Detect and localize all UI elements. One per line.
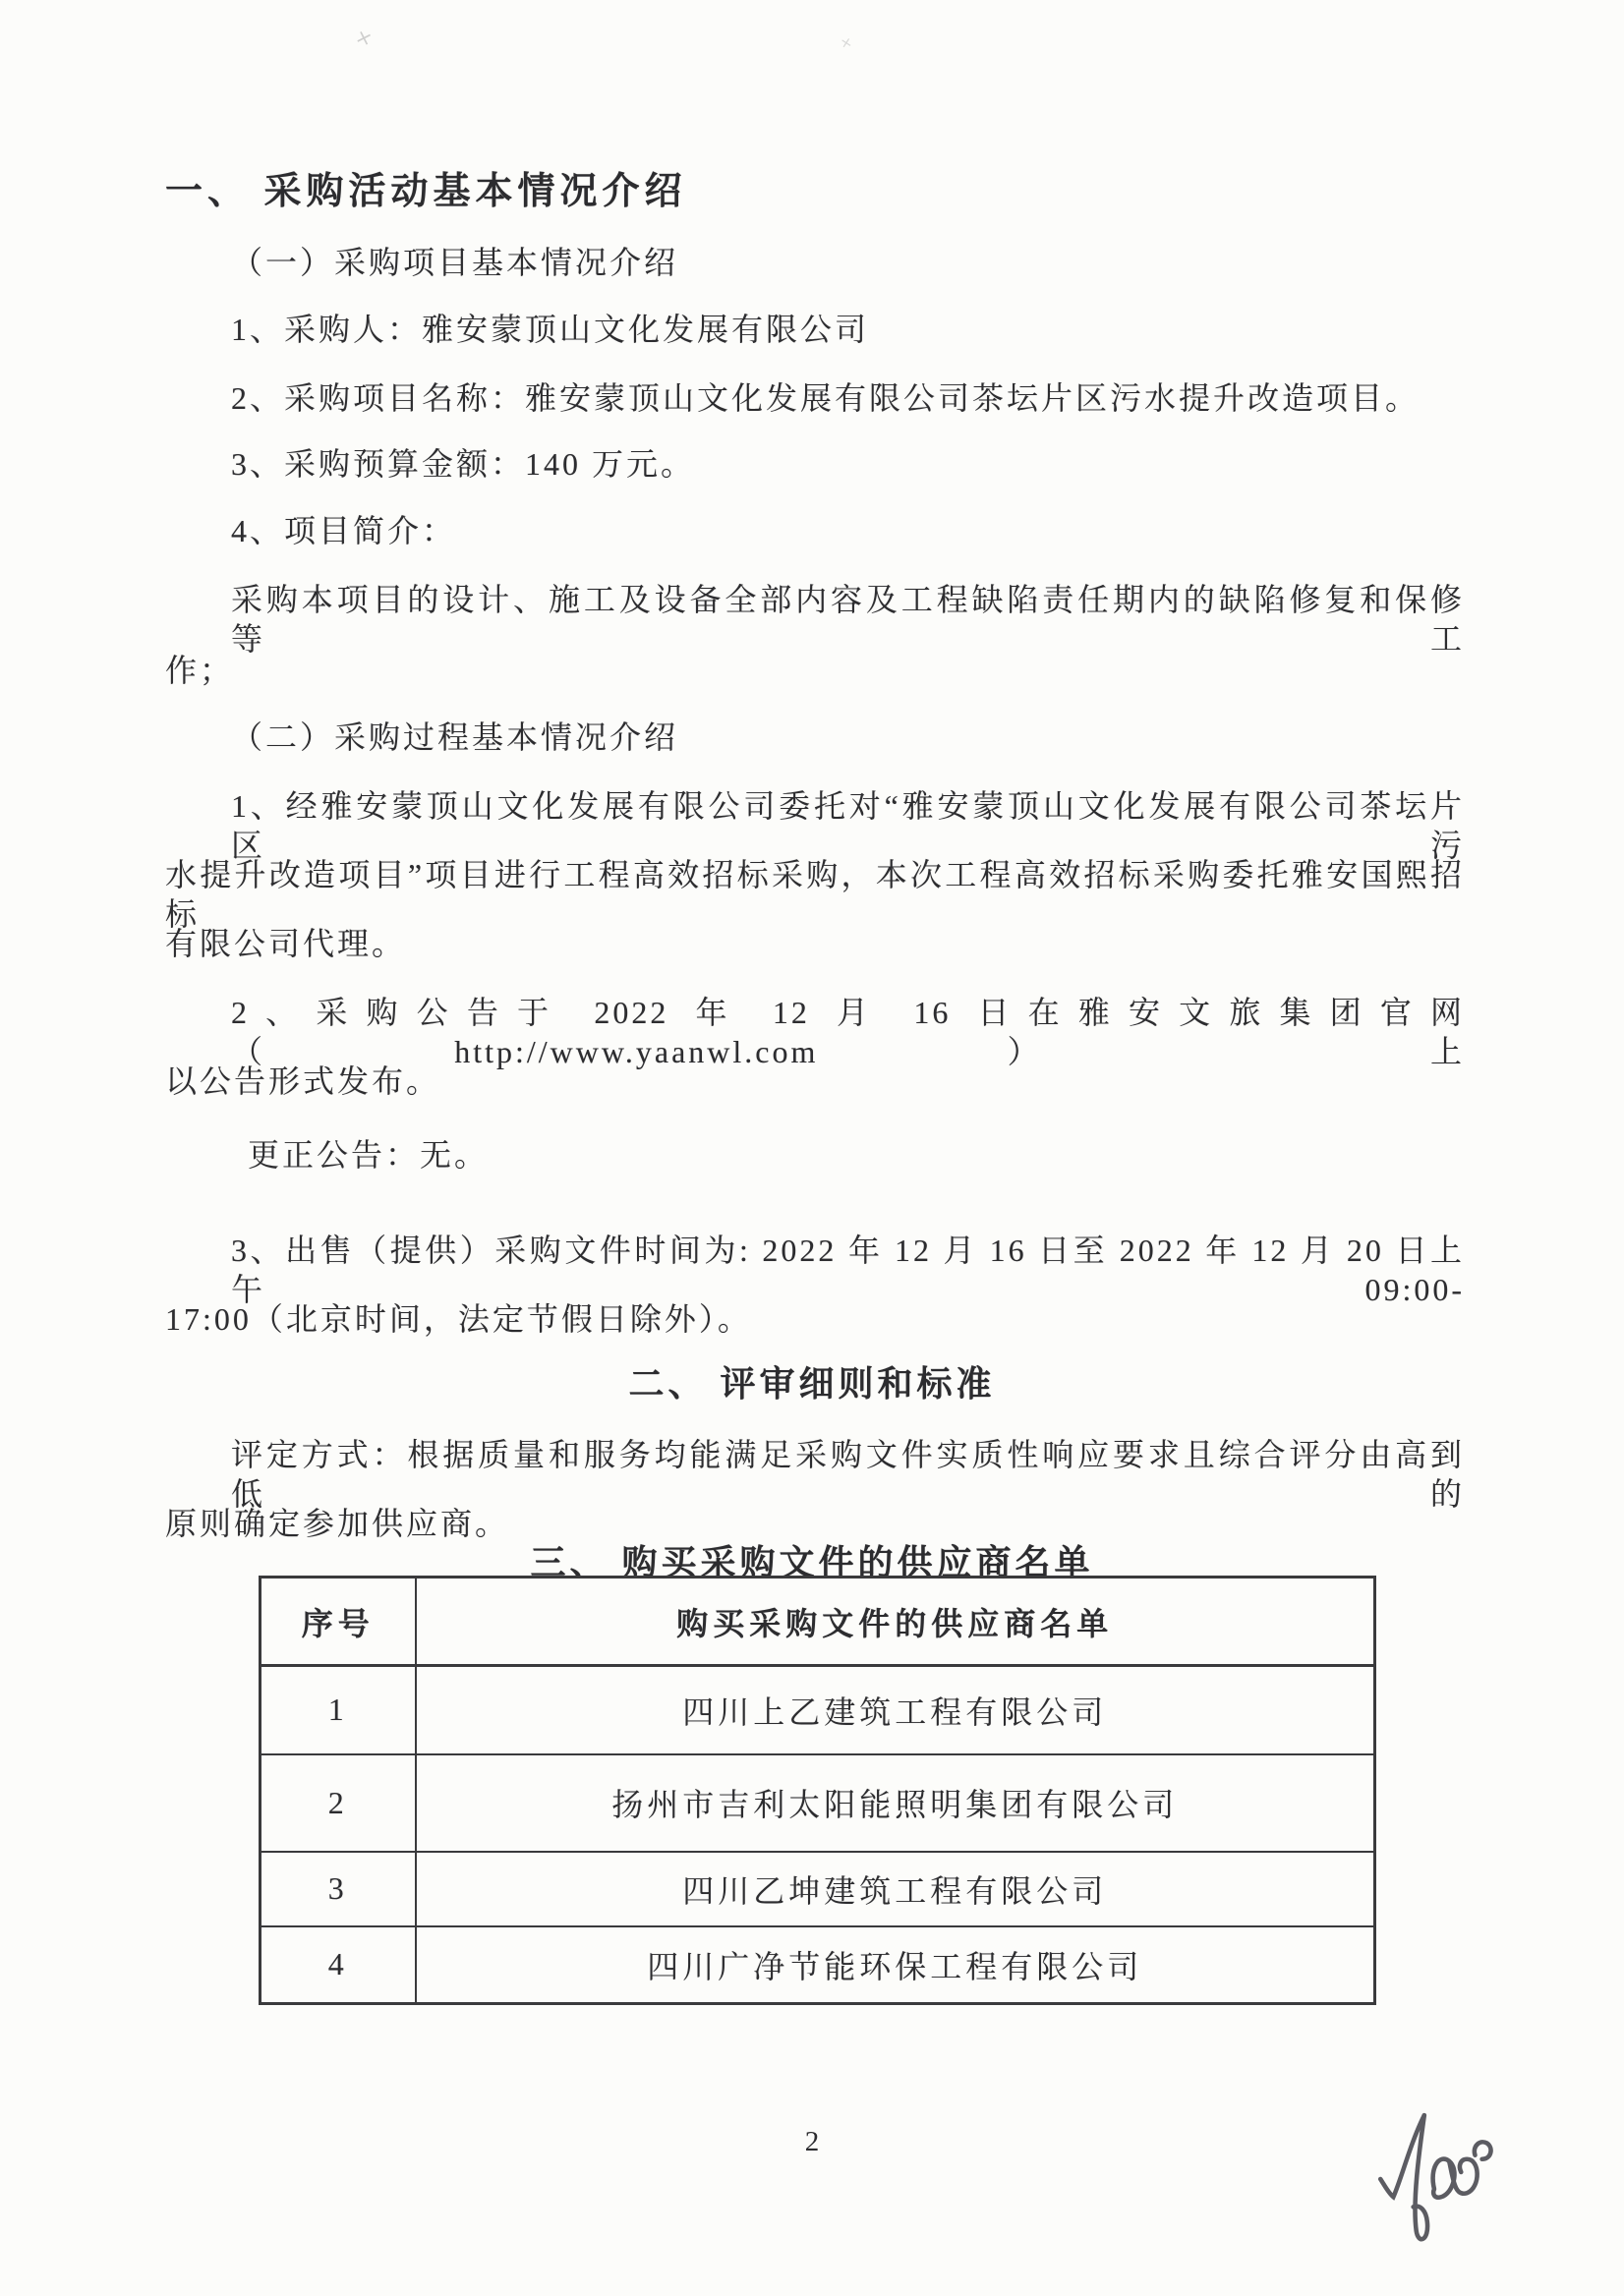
row-index: 1: [261, 1666, 416, 1754]
doc-line: 以公告形式发布。: [165, 1062, 440, 1101]
doc-line: 2、采购项目名称：雅安蒙顶山文化发展有限公司茶坛片区污水提升改造项目。: [165, 378, 1420, 418]
table-row: 3 四川乙坤建筑工程有限公司: [261, 1852, 1375, 1926]
doc-line: 原则确定参加供应商。: [165, 1504, 509, 1543]
supplier-name: 四川上乙建筑工程有限公司: [416, 1666, 1375, 1754]
row-index: 4: [261, 1926, 416, 2004]
scan-artifact: ×: [353, 24, 376, 51]
doc-line: 4、项目简介：: [165, 511, 456, 550]
signature-scribble: [1374, 2103, 1504, 2253]
row-index: 3: [261, 1852, 416, 1926]
doc-line: 1、采购人：雅安蒙顶山文化发展有限公司: [165, 310, 869, 349]
doc-line: 3、采购预算金额：140 万元。: [165, 444, 695, 484]
doc-line: 3、出售（提供）采购文件时间为: 2022 年 12 月 16 日至 2022 …: [165, 1231, 1465, 1309]
table-row: 4 四川广净节能环保工程有限公司: [261, 1926, 1375, 2004]
doc-line: （二）采购过程基本情况介绍: [165, 717, 678, 757]
doc-line: 水提升改造项目”项目进行工程高效招标采购，本次工程高效招标采购委托雅安国熙招标: [165, 855, 1465, 934]
supplier-name: 扬州市吉利太阳能照明集团有限公司: [416, 1754, 1375, 1852]
section-1-heading: 一、 采购活动基本情况介绍: [165, 169, 687, 214]
row-index: 2: [261, 1754, 416, 1852]
table-row: 2 扬州市吉利太阳能照明集团有限公司: [261, 1754, 1375, 1852]
doc-line: （一）采购项目基本情况介绍: [165, 243, 678, 282]
doc-line: 评定方式：根据质量和服务均能满足采购文件实质性响应要求且综合评分由高到低的: [165, 1435, 1465, 1514]
doc-line: 更正公告：无。: [165, 1135, 489, 1175]
scan-artifact: ×: [839, 34, 853, 52]
table-header-row: 序号 购买采购文件的供应商名单: [261, 1578, 1375, 1666]
doc-line: 2、采购公告于 2022 年 12 月 16 日在雅安文旅集团官网（http:/…: [165, 993, 1465, 1071]
doc-line: 有限公司代理。: [165, 924, 406, 963]
supplier-name: 四川乙坤建筑工程有限公司: [416, 1852, 1375, 1926]
scanned-document-page: × × 一、 采购活动基本情况介绍 （一）采购项目基本情况介绍 1、采购人：雅安…: [0, 0, 1624, 2296]
column-header-index: 序号: [261, 1578, 416, 1666]
supplier-name: 四川广净节能环保工程有限公司: [416, 1926, 1375, 2004]
supplier-table: 序号 购买采购文件的供应商名单 1 四川上乙建筑工程有限公司 2 扬州市吉利太阳…: [259, 1576, 1376, 2005]
doc-line: 作；: [165, 651, 234, 690]
section-2-heading: 二、 评审细则和标准: [0, 1362, 1624, 1406]
table-row: 1 四川上乙建筑工程有限公司: [261, 1666, 1375, 1754]
doc-line: 17:00（北京时间，法定节假日除外）。: [165, 1299, 752, 1339]
column-header-supplier: 购买采购文件的供应商名单: [416, 1578, 1375, 1666]
doc-line: 采购本项目的设计、施工及设备全部内容及工程缺陷责任期内的缺陷修复和保修等工: [165, 580, 1465, 659]
doc-line: 1、经雅安蒙顶山文化发展有限公司委托对“雅安蒙顶山文化发展有限公司茶坛片区污: [165, 786, 1465, 865]
